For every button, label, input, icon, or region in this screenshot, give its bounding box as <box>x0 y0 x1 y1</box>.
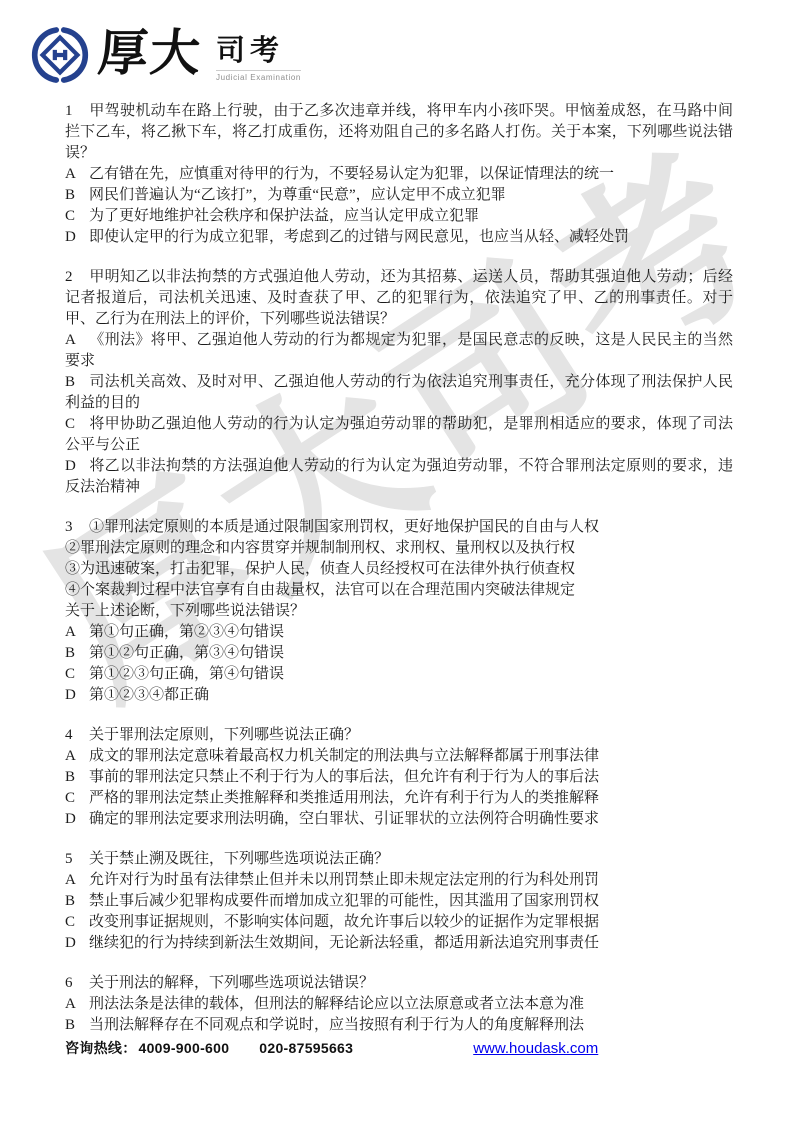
option-label: B <box>65 185 89 206</box>
question-stems: 5关于禁止溯及既往，下列哪些选项说法正确？ <box>65 849 733 870</box>
option-row: C为了更好地维护社会秩序和保护法益，应当认定甲成立犯罪 <box>65 206 733 227</box>
option-text: 确定的罪刑法定要求刑法明确，空白罪状、引证罪状的立法例符合明确性要求 <box>89 811 599 827</box>
hotline-label: 咨询热线： <box>65 1040 137 1056</box>
question-3: 3①罪刑法定原则的本质是通过限制国家刑罚权，更好地保护国民的自由与人权②罪刑法定… <box>65 517 733 706</box>
option-label: A <box>65 994 89 1015</box>
question-stem-line: 关于上述论断，下列哪些说法错误？ <box>65 601 733 622</box>
question-stem-line: ③为迅速破案，打击犯罪，保护人民，侦查人员经授权可在法律外执行侦查权 <box>65 559 733 580</box>
option-row: B司法机关高效、及时对甲、乙强迫他人劳动的行为依法追究刑事责任，充分体现了刑法保… <box>65 372 733 414</box>
option-row: C严格的罪刑法定禁止类推解释和类推适用刑法，允许有利于行为人的类推解释 <box>65 788 733 809</box>
option-text: 《刑法》将甲、乙强迫他人劳动的行为都规定为犯罪，是国民意志的反映，这是人民民主的… <box>65 332 733 369</box>
option-text: 第①句正确，第②③④句错误 <box>89 624 284 640</box>
question-stem-line: 3①罪刑法定原则的本质是通过限制国家刑罚权，更好地保护国民的自由与人权 <box>65 517 733 538</box>
option-row: C将甲协助乙强迫他人劳动的行为认定为强迫劳动罪的帮助犯，是罪刑相适应的要求，体现… <box>65 414 733 456</box>
option-label: D <box>65 456 89 477</box>
option-label: D <box>65 685 89 706</box>
hotline-phone-1: 4009-900-600 <box>139 1040 230 1056</box>
question-options: A第①句正确，第②③④句错误B第①②句正确，第③④句错误C第①②③句正确，第④句… <box>65 622 733 706</box>
option-label: D <box>65 227 89 248</box>
option-row: D第①②③④都正确 <box>65 685 733 706</box>
question-stems: 3①罪刑法定原则的本质是通过限制国家刑罚权，更好地保护国民的自由与人权②罪刑法定… <box>65 517 733 622</box>
hotline-block: 咨询热线：4009-900-600020-87595663 <box>65 1038 353 1058</box>
option-row: A成文的罪刑法定意味着最高权力机关制定的刑法典与立法解释都属于刑事法律 <box>65 746 733 767</box>
option-row: B禁止事后减少犯罪构成要件而增加成立犯罪的可能性，因其滥用了国家刑罚权 <box>65 891 733 912</box>
option-row: A乙有错在先，应慎重对待甲的行为，不要轻易认定为犯罪，以保证情理法的统一 <box>65 164 733 185</box>
option-text: 事前的罪刑法定只禁止不利于行为人的事后法，但允许有利于行为人的事后法 <box>89 769 599 785</box>
option-text: 继续犯的行为持续到新法生效期间，无论新法轻重，都适用新法追究刑事责任 <box>89 935 599 951</box>
option-text: 第①②句正确，第③④句错误 <box>89 645 284 661</box>
option-row: A第①句正确，第②③④句错误 <box>65 622 733 643</box>
option-row: D即使认定甲的行为成立犯罪，考虑到乙的过错与网民意见，也应当从轻、减轻处罚 <box>65 227 733 248</box>
option-text: 第①②③句正确，第④句错误 <box>89 666 284 682</box>
option-text: 改变刑事证据规则，不影响实体问题，故允许事后以较少的证据作为定罪根据 <box>89 914 599 930</box>
question-stem-line: 2甲明知乙以非法拘禁的方式强迫他人劳动，还为其招募、运送人员，帮助其强迫他人劳动… <box>65 267 733 330</box>
question-options: A成文的罪刑法定意味着最高权力机关制定的刑法典与立法解释都属于刑事法律B事前的罪… <box>65 746 733 830</box>
question-stem-line: ④个案裁判过程中法官享有自由裁量权，法官可以在合理范围内突破法律规定 <box>65 580 733 601</box>
question-stem-line: 5关于禁止溯及既往，下列哪些选项说法正确？ <box>65 849 733 870</box>
option-text: 当刑法解释存在不同观点和学说时，应当按照有利于行为人的角度解释刑法 <box>89 1017 584 1033</box>
option-text: 允许对行为时虽有法律禁止但并未以刑罚禁止即未规定法定刑的行为科处刑罚 <box>89 872 599 888</box>
question-5: 5关于禁止溯及既往，下列哪些选项说法正确？ A允许对行为时虽有法律禁止但并未以刑… <box>65 849 733 954</box>
option-label: D <box>65 933 89 954</box>
option-row: D将乙以非法拘禁的方法强迫他人劳动的行为认定为强迫劳动罪，不符合罪刑法定原则的要… <box>65 456 733 498</box>
question-options: A刑法法条是法律的载体，但刑法的解释结论应以立法原意或者立法本意为准B当刑法解释… <box>65 994 733 1036</box>
question-stem-line: 1甲驾驶机动车在路上行驶，由于乙多次违章并线，将甲车内小孩吓哭。甲恼羞成怒，在马… <box>65 101 733 164</box>
option-label: A <box>65 622 89 643</box>
option-text: 网民们普遍认为“乙该打”，为尊重“民意”，应认定甲不成立犯罪 <box>89 187 506 203</box>
option-text: 禁止事后减少犯罪构成要件而增加成立犯罪的可能性，因其滥用了国家刑罚权 <box>89 893 599 909</box>
option-label: B <box>65 891 89 912</box>
option-row: A《刑法》将甲、乙强迫他人劳动的行为都规定为犯罪，是国民意志的反映，这是人民民主… <box>65 330 733 372</box>
website-link[interactable]: www.houdask.com <box>473 1040 598 1057</box>
page-footer: 咨询热线：4009-900-600020-87595663 www.houdas… <box>65 1038 735 1058</box>
question-stems: 2甲明知乙以非法拘禁的方式强迫他人劳动，还为其招募、运送人员，帮助其强迫他人劳动… <box>65 267 733 330</box>
option-row: B第①②句正确，第③④句错误 <box>65 643 733 664</box>
option-text: 乙有错在先，应慎重对待甲的行为，不要轻易认定为犯罪，以保证情理法的统一 <box>89 166 614 182</box>
option-label: C <box>65 788 89 809</box>
question-6: 6关于刑法的解释，下列哪些选项说法错误？ A刑法法条是法律的载体，但刑法的解释结… <box>65 973 733 1036</box>
option-text: 刑法法条是法律的载体，但刑法的解释结论应以立法原意或者立法本意为准 <box>89 996 584 1012</box>
option-text: 为了更好地维护社会秩序和保护法益，应当认定甲成立犯罪 <box>89 208 479 224</box>
question-4: 4关于罪刑法定原则，下列哪些说法正确？ A成文的罪刑法定意味着最高权力机关制定的… <box>65 725 733 830</box>
option-text: 第①②③④都正确 <box>89 687 209 703</box>
option-text: 将甲协助乙强迫他人劳动的行为认定为强迫劳动罪的帮助犯，是罪刑相适应的要求，体现了… <box>65 416 733 453</box>
option-label: C <box>65 664 89 685</box>
question-options: A《刑法》将甲、乙强迫他人劳动的行为都规定为犯罪，是国民意志的反映，这是人民民主… <box>65 330 733 498</box>
brand-right-block: 司考 Judicial Examination <box>216 36 301 82</box>
option-label: B <box>65 372 89 393</box>
question-number: 4 <box>65 725 89 746</box>
option-label: C <box>65 206 89 227</box>
question-options: A乙有错在先，应慎重对待甲的行为，不要轻易认定为犯罪，以保证情理法的统一B网民们… <box>65 164 733 248</box>
question-number: 2 <box>65 267 89 288</box>
option-row: B事前的罪刑法定只禁止不利于行为人的事后法，但允许有利于行为人的事后法 <box>65 767 733 788</box>
option-label: A <box>65 870 89 891</box>
option-text: 即使认定甲的行为成立犯罪，考虑到乙的过错与网民意见，也应当从轻、减轻处罚 <box>89 229 629 245</box>
question-options: A允许对行为时虽有法律禁止但并未以刑罚禁止即未规定法定刑的行为科处刑罚B禁止事后… <box>65 870 733 954</box>
option-row: D确定的罪刑法定要求刑法明确，空白罪状、引证罪状的立法例符合明确性要求 <box>65 809 733 830</box>
question-stem-line: 6关于刑法的解释，下列哪些选项说法错误？ <box>65 973 733 994</box>
houda-logo-icon <box>30 25 90 85</box>
option-text: 将乙以非法拘禁的方法强迫他人劳动的行为认定为强迫劳动罪，不符合罪刑法定原则的要求… <box>65 458 733 495</box>
brand-name-cn: 厚大 <box>96 22 204 84</box>
question-stems: 6关于刑法的解释，下列哪些选项说法错误？ <box>65 973 733 994</box>
question-2: 2甲明知乙以非法拘禁的方式强迫他人劳动，还为其招募、运送人员，帮助其强迫他人劳动… <box>65 267 733 498</box>
option-text: 成文的罪刑法定意味着最高权力机关制定的刑法典与立法解释都属于刑事法律 <box>89 748 599 764</box>
option-label: A <box>65 746 89 767</box>
question-stems: 1甲驾驶机动车在路上行驶，由于乙多次违章并线，将甲车内小孩吓哭。甲恼羞成怒，在马… <box>65 101 733 164</box>
option-label: C <box>65 912 89 933</box>
option-row: C改变刑事证据规则，不影响实体问题，故允许事后以较少的证据作为定罪根据 <box>65 912 733 933</box>
question-number: 1 <box>65 101 89 122</box>
option-text: 严格的罪刑法定禁止类推解释和类推适用刑法，允许有利于行为人的类推解释 <box>89 790 599 806</box>
option-row: B当刑法解释存在不同观点和学说时，应当按照有利于行为人的角度解释刑法 <box>65 1015 733 1036</box>
option-row: C第①②③句正确，第④句错误 <box>65 664 733 685</box>
option-label: A <box>65 330 89 351</box>
option-row: A允许对行为时虽有法律禁止但并未以刑罚禁止即未规定法定刑的行为科处刑罚 <box>65 870 733 891</box>
question-stems: 4关于罪刑法定原则，下列哪些说法正确？ <box>65 725 733 746</box>
option-label: C <box>65 414 89 435</box>
question-stem-line: 4关于罪刑法定原则，下列哪些说法正确？ <box>65 725 733 746</box>
option-label: D <box>65 809 89 830</box>
question-number: 5 <box>65 849 89 870</box>
option-label: A <box>65 164 89 185</box>
question-1: 1甲驾驶机动车在路上行驶，由于乙多次违章并线，将甲车内小孩吓哭。甲恼羞成怒，在马… <box>65 101 733 248</box>
option-text: 司法机关高效、及时对甲、乙强迫他人劳动的行为依法追究刑事责任，充分体现了刑法保护… <box>65 374 733 411</box>
question-number: 3 <box>65 517 89 538</box>
option-label: B <box>65 767 89 788</box>
brand-subtitle-en: Judicial Examination <box>216 70 301 82</box>
option-label: B <box>65 643 89 664</box>
brand-product-name: 司考 <box>216 36 301 67</box>
option-label: B <box>65 1015 89 1036</box>
option-row: A刑法法条是法律的载体，但刑法的解释结论应以立法原意或者立法本意为准 <box>65 994 733 1015</box>
option-row: B网民们普遍认为“乙该打”，为尊重“民意”，应认定甲不成立犯罪 <box>65 185 733 206</box>
hotline-phone-2: 020-87595663 <box>259 1040 353 1056</box>
option-row: D继续犯的行为持续到新法生效期间，无论新法轻重，都适用新法追究刑事责任 <box>65 933 733 954</box>
questions-list: 1甲驾驶机动车在路上行驶，由于乙多次违章并线，将甲车内小孩吓哭。甲恼羞成怒，在马… <box>65 101 733 1055</box>
question-stem-line: ②罪刑法定原则的理念和内容贯穿并规制制刑权、求刑权、量刑权以及执行权 <box>65 538 733 559</box>
brand-header: 厚大 司考 Judicial Examination <box>30 22 301 85</box>
question-number: 6 <box>65 973 89 994</box>
